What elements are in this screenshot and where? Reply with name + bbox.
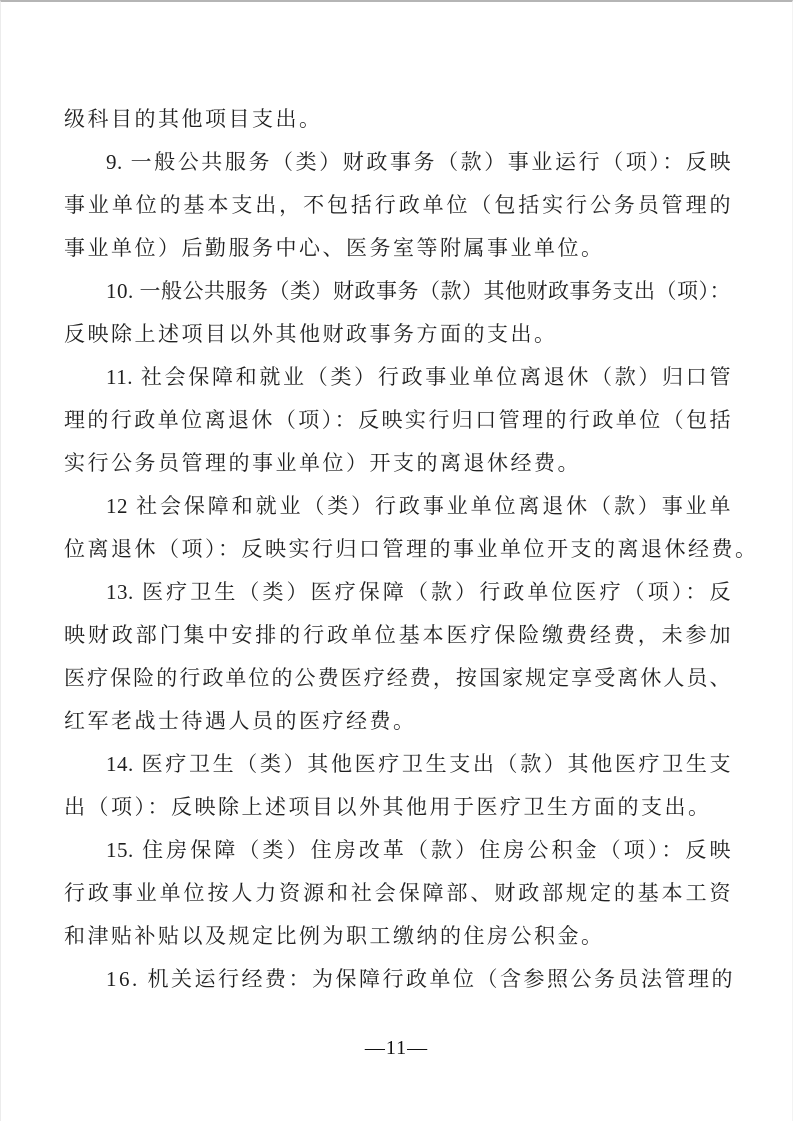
text-line: 事业单位的基本支出，不包括行政单位（包括实行公务员管理的 — [64, 184, 731, 227]
text-line: 和津贴补贴以及规定比例为职工缴纳的住房公积金。 — [64, 915, 731, 958]
text-line: 15. 住房保障（类）住房改革（款）住房公积金（项）：反映 — [64, 829, 731, 872]
text-line: 事业单位）后勤服务中心、医务室等附属事业单位。 — [64, 227, 731, 270]
text-line: 14. 医疗卫生（类）其他医疗卫生支出（款）其他医疗卫生支 — [64, 743, 731, 786]
paragraph: 16. 机关运行经费：为保障行政单位（含参照公务员法管理的 — [64, 958, 731, 1001]
text-line: 16. 机关运行经费：为保障行政单位（含参照公务员法管理的 — [64, 958, 731, 1001]
paragraph: 级科目的其他项目支出。 — [64, 98, 731, 141]
text-line: 13. 医疗卫生（类）医疗保障（款）行政单位医疗（项）：反 — [64, 571, 731, 614]
paragraph: 13. 医疗卫生（类）医疗保障（款）行政单位医疗（项）：反映财政部门集中安排的行… — [64, 571, 731, 743]
paragraph: 12 社会保障和就业（类）行政事业单位离退休（款）事业单位离退休（项）：反映实行… — [64, 485, 731, 571]
text-line: 实行公务员管理的事业单位）开支的离退休经费。 — [64, 442, 731, 485]
paragraph: 15. 住房保障（类）住房改革（款）住房公积金（项）：反映行政事业单位按人力资源… — [64, 829, 731, 958]
text-line: 反映除上述项目以外其他财政事务方面的支出。 — [64, 313, 731, 356]
paragraph: 11. 社会保障和就业（类）行政事业单位离退休（款）归口管理的行政单位离退休（项… — [64, 356, 731, 485]
text-line: 位离退休（项）：反映实行归口管理的事业单位开支的离退休经费。 — [64, 528, 731, 571]
text-line: 出（项）：反映除上述项目以外其他用于医疗卫生方面的支出。 — [64, 786, 731, 829]
text-line: 11. 社会保障和就业（类）行政事业单位离退休（款）归口管 — [64, 356, 731, 399]
document-body: 级科目的其他项目支出。9. 一般公共服务（类）财政事务（款）事业运行（项）：反映… — [64, 98, 731, 1001]
paragraph: 9. 一般公共服务（类）财政事务（款）事业运行（项）：反映事业单位的基本支出，不… — [64, 141, 731, 270]
paragraph: 14. 医疗卫生（类）其他医疗卫生支出（款）其他医疗卫生支出（项）：反映除上述项… — [64, 743, 731, 829]
text-line: 行政事业单位按人力资源和社会保障部、财政部规定的基本工资 — [64, 872, 731, 915]
text-line: 医疗保险的行政单位的公费医疗经费，按国家规定享受离休人员、 — [64, 657, 731, 700]
document-page: 级科目的其他项目支出。9. 一般公共服务（类）财政事务（款）事业运行（项）：反映… — [0, 0, 793, 1121]
text-line: 10. 一般公共服务（类）财政事务（款）其他财政事务支出（项）： — [64, 270, 731, 313]
text-line: 映财政部门集中安排的行政单位基本医疗保险缴费经费，未参加 — [64, 614, 731, 657]
text-line: 红军老战士待遇人员的医疗经费。 — [64, 700, 731, 743]
text-line: 12 社会保障和就业（类）行政事业单位离退休（款）事业单 — [64, 485, 731, 528]
page-number: —11— — [1, 1035, 792, 1061]
paragraph: 10. 一般公共服务（类）财政事务（款）其他财政事务支出（项）：反映除上述项目以… — [64, 270, 731, 356]
text-line: 9. 一般公共服务（类）财政事务（款）事业运行（项）：反映 — [64, 141, 731, 184]
text-line: 级科目的其他项目支出。 — [64, 98, 731, 141]
text-line: 理的行政单位离退休（项）：反映实行归口管理的行政单位（包括 — [64, 399, 731, 442]
